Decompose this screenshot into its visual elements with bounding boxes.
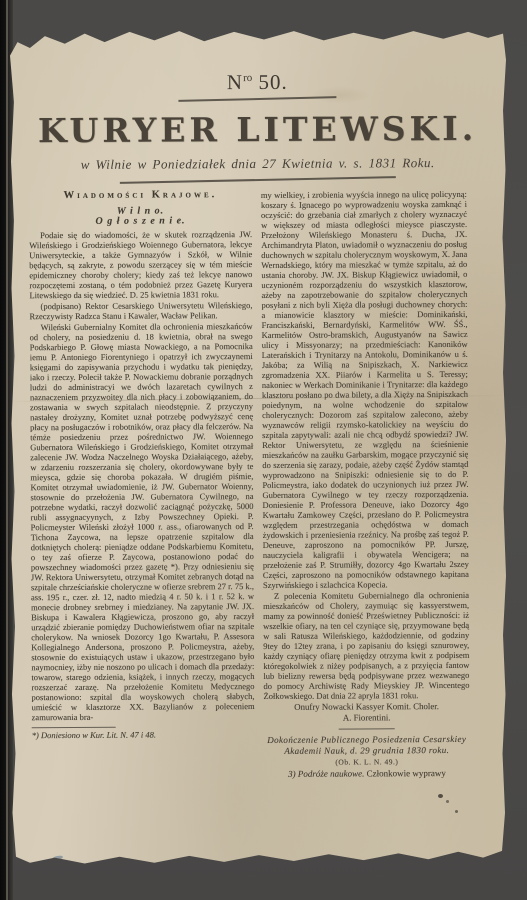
signature-line: Onufry Nowacki Kassyer Komit. Choler. [264,701,470,712]
binding-edge-highlight [6,0,8,900]
closing-notice: Dokończenie Publicznego Posiedzenia Cesa… [264,734,470,757]
closing-reference: (Ob. K. L. N. 49.) [264,757,470,768]
text-columns: Wiadomości Krajowe. W i l n o. O g ł o s… [29,189,510,780]
right-column: my wielkiey, i zrobienia wyyścia innego … [261,189,470,779]
body-paragraph: Podaie się do wiadomości, że w skutek ro… [29,229,252,300]
body-paragraph: Z polecenia Komitetu Gubernialnego dla o… [263,590,470,701]
issue-number: Nro 50. [8,69,506,97]
scan-background: Nro 50. KURYER LITEWSKI. w Wilnie w Poni… [0,0,527,900]
ink-stain [438,794,443,798]
separator-rule [339,728,395,729]
notice-heading: O g ł o s z e n i e. [29,216,252,227]
body-paragraph-continuation: my wielkiey, i zrobienia wyyścia innego … [261,189,469,590]
closing-line-roman: Członkowie wyprawy [364,768,446,778]
ink-stain [446,800,449,803]
left-column: Wiadomości Krajowe. W i l n o. O g ł o s… [29,190,255,740]
newspaper-title: KURYER LITEWSKI. [8,109,506,151]
page-content: Nro 50. KURYER LITEWSKI. w Wilnie w Poni… [8,25,510,781]
closing-line: 3) Podróże naukowe. Członkowie wyprawy [264,768,470,779]
masthead-dateline: w Wilnie w Poniedziałek dnia 27 Kwietnia… [9,155,507,174]
book-binding-strip [0,0,13,900]
newspaper-page: Nro 50. KURYER LITEWSKI. w Wilnie w Poni… [10,26,508,872]
issue-prefix: N [227,70,243,94]
body-paragraph-signature: (podpisano) Rektor Cesarskiego Uniwersyt… [29,300,252,321]
masthead-rule-long [120,176,396,184]
masthead: Nro 50. KURYER LITEWSKI. w Wilnie w Poni… [8,25,507,183]
footnote: *) Doniesiono w Kur. Lit. N. 47 i 48. [32,729,255,740]
signature-line: A. Fiorentini. [264,712,470,723]
issue-value: 50. [252,70,288,94]
section-heading: Wiadomości Krajowe. [29,190,252,201]
closing-line-italic: 3) Podróże naukowe. [288,768,364,778]
issue-superscript: ro [243,72,252,84]
body-paragraph: Wileński Gubernialny Komitet dla ochroni… [30,321,255,722]
masthead-rule-short [178,96,336,102]
ink-stain [455,810,458,813]
blue-stain [52,855,64,861]
footnote-rule [32,727,116,728]
